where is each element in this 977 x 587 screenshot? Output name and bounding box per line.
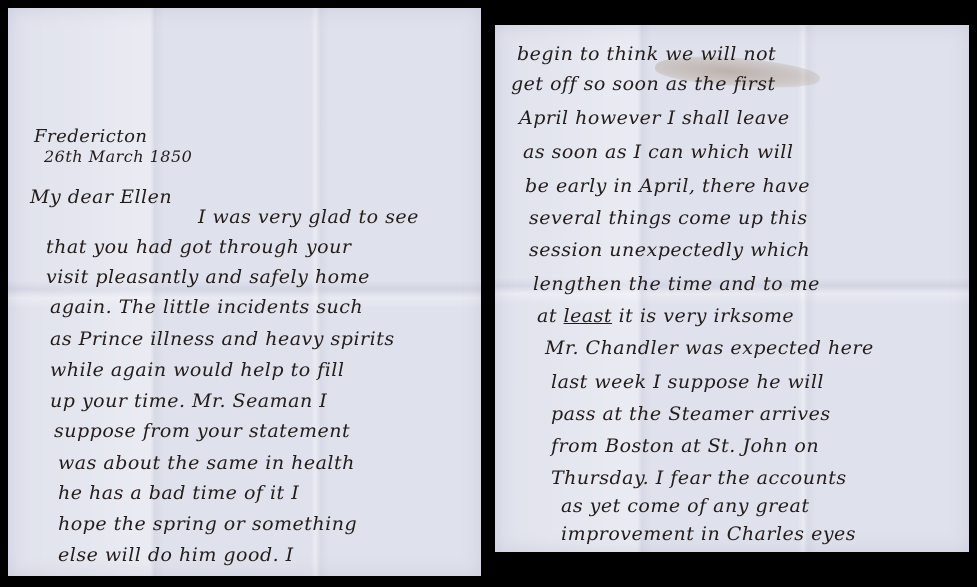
letter-line: pass at the Steamer arrives	[551, 403, 831, 425]
letter-line: while again would help to fill	[50, 359, 344, 381]
letter-place: Fredericton	[34, 126, 148, 148]
letter-line: suppose from your statement	[54, 420, 350, 442]
letter-line: visit pleasantly and safely home	[46, 266, 370, 288]
letter-line: get off so soon as the first	[511, 73, 776, 95]
letter-line: several things come up this	[529, 207, 808, 229]
letter-line: begin to think we will not	[517, 43, 776, 65]
letter-line: hope the spring or something	[58, 513, 357, 535]
letter-line: that you had got through your	[46, 236, 351, 258]
letter-line: I was very glad to see	[198, 206, 419, 228]
letter-line: are not very satisfactory	[561, 549, 809, 552]
letter-line: from Boston at St. John on	[551, 435, 819, 457]
letter-line: session unexpectedly which	[529, 239, 810, 261]
letter-line: April however I shall leave	[519, 107, 790, 129]
letter-line: as yet come of any great	[561, 495, 809, 517]
letter-line: again. The little incidents such	[50, 296, 363, 318]
letter-page-2: begin to think we will not get off so so…	[495, 25, 969, 552]
letter-line: Thursday. I fear the accounts	[551, 467, 847, 489]
letter-line: improvement in Charles eyes	[561, 523, 856, 545]
letter-line: as soon as I can which will	[523, 141, 793, 163]
letter-line: lengthen the time and to me	[533, 273, 820, 295]
underlined-word: least	[564, 305, 613, 327]
letter-date: 26th March 1850	[44, 146, 192, 168]
letter-page-1: Fredericton 26th March 1850 My dear Elle…	[8, 8, 481, 576]
document-viewer: Fredericton 26th March 1850 My dear Elle…	[0, 0, 977, 587]
letter-line: was about the same in health	[58, 452, 355, 474]
letter-line: as Prince illness and heavy spirits	[50, 328, 395, 350]
letter-line: Mr. Chandler was expected here	[545, 337, 874, 359]
letter-line: he has a bad time of it I	[58, 482, 299, 504]
letter-line: be early in April, there have	[525, 175, 810, 197]
letter-salutation: My dear Ellen	[30, 186, 172, 208]
letter-line: else will do him good. I	[58, 544, 294, 566]
letter-line: at least it is very irksome	[537, 305, 794, 327]
letter-line: up your time. Mr. Seaman I	[50, 390, 327, 412]
letter-line: last week I suppose he will	[551, 371, 824, 393]
